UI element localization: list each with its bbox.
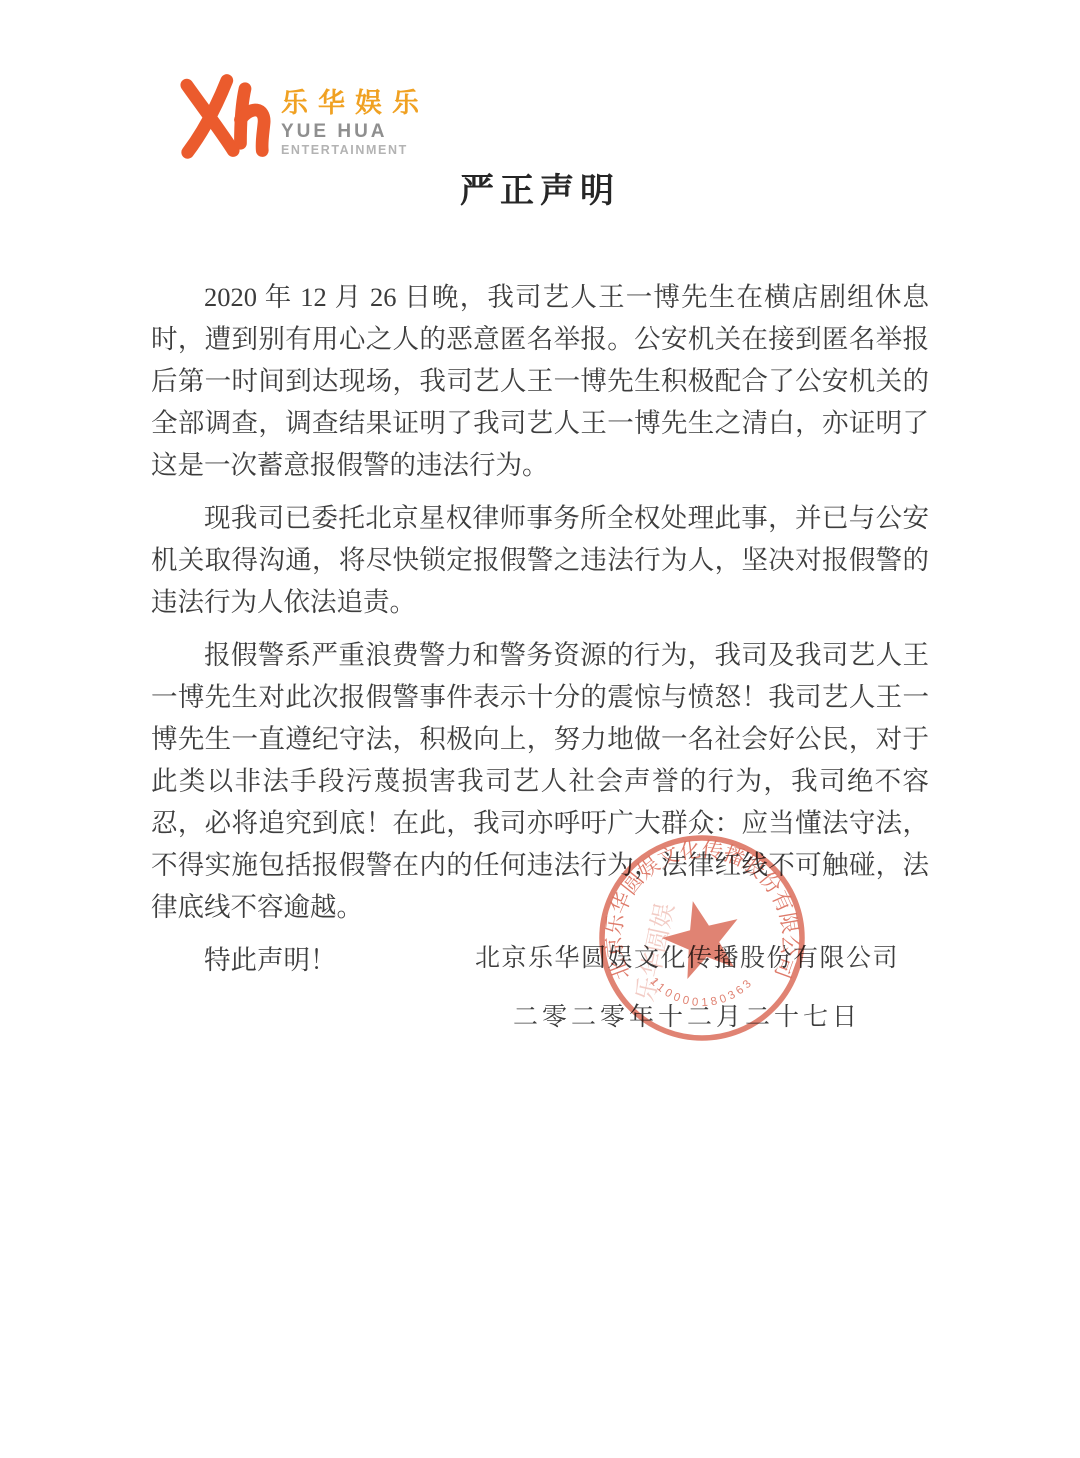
logo-en-subtitle: ENTERTAINMENT (281, 143, 429, 158)
paragraph-3: 报假警系严重浪费警力和警务资源的行为，我司及我司艺人王一博先生对此次报假警事件表… (151, 634, 929, 928)
logo-text-block: 乐华娱乐 YUE HUA ENTERTAINMENT (281, 70, 429, 158)
statement-title: 严正声明 (0, 163, 1080, 212)
yh-monogram-strokes (187, 81, 264, 153)
seal-ghost-imprint-text: 乐华圆娱 (631, 901, 679, 1005)
logo-cn-name: 乐华娱乐 (281, 88, 429, 118)
paragraph-1: 2020 年 12 月 26 日晚，我司艺人王一博先生在横店剧组休息时，遭到别有… (151, 276, 929, 486)
yh-monogram-icon (175, 70, 275, 162)
statement-body: 2020 年 12 月 26 日晚，我司艺人王一博先生在横店剧组休息时，遭到别有… (151, 276, 929, 992)
seal-registration-number: 110000180363 (648, 976, 757, 1010)
logo-en-name: YUE HUA (281, 121, 429, 143)
paragraph-2: 现我司已委托北京星权律师事务所全权处理此事，并已与公安机关取得沟通，将尽快锁定报… (151, 497, 929, 623)
company-seal-stamp: 北京乐华圆娱文化传播股份有限公司 110000180363 乐华圆娱 (595, 831, 809, 1045)
statement-document: 乐华娱乐 YUE HUA ENTERTAINMENT 严正声明 2020 年 1… (0, 0, 1080, 1458)
yuehua-logo: 乐华娱乐 YUE HUA ENTERTAINMENT (175, 70, 429, 162)
